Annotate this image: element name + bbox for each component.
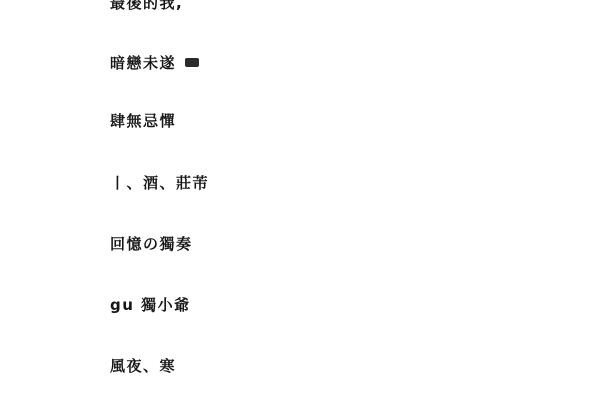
nickname-item: 暗戀未遂 [110, 55, 199, 71]
nickname-list-page: 最後的我, 暗戀未遂 肆無忌憚 丨、酒、莊芾 回憶の獨奏 gu 獨小爺 風夜、寒 [0, 0, 600, 400]
nickname-item: 丨、酒、莊芾 [110, 175, 209, 191]
nickname-text: gu 獨小爺 [110, 296, 191, 314]
nickname-text: 丨、酒、莊芾 [110, 174, 209, 192]
nickname-item: 風夜、寒 [110, 358, 176, 374]
nickname-item: 肆無忌憚 [110, 113, 176, 129]
nickname-text: 風夜、寒 [110, 357, 176, 375]
missing-glyph-box-icon [185, 58, 199, 67]
nickname-item: 回憶の獨奏 [110, 236, 193, 252]
nickname-text: 暗戀未遂 [110, 54, 176, 72]
nickname-text: 回憶の獨奏 [110, 235, 193, 253]
nickname-item: gu 獨小爺 [110, 297, 191, 313]
nickname-item: 最後的我, [110, 0, 183, 11]
nickname-text: 肆無忌憚 [110, 112, 176, 130]
nickname-text: 最後的我, [110, 0, 183, 12]
